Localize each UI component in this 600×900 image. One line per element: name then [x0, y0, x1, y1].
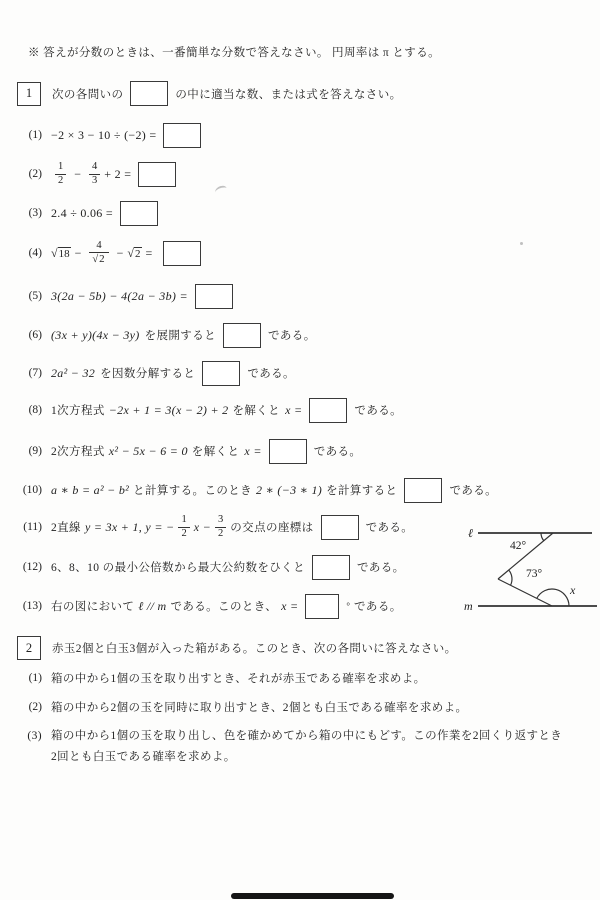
problem-1-8: (8) 1次方程式 −2x + 1 = 3(x − 2) + 2 を解くと x …	[16, 396, 402, 424]
problem-1-7: (7) 2a² − 32 を因数分解すると である。	[16, 359, 295, 387]
fraction: 43	[89, 161, 100, 186]
section-1-header: 1 次の各問いの の中に適当な数、または式を答えなさい。	[17, 81, 402, 106]
instruction-note: ※ 答えが分数のときは、一番簡単な分数で答えなさい。 円周率は π とする。	[28, 44, 440, 60]
problem-1-4: (4) √18 − 4√2 − √2 =	[16, 237, 208, 269]
sqrt-term: √18	[51, 246, 71, 261]
angle-arc-x	[537, 589, 569, 606]
problem-2-1: (1) 箱の中から1個の玉を取り出すとき、それが赤玉である確率を求めよ。	[16, 664, 426, 692]
problem-1-9: (9) 2次方程式 x² − 5x − 6 = 0 を解くと x = である。	[16, 437, 361, 465]
section-2-title: 赤玉2個と白玉3個が入った箱がある。このとき、次の各問いに答えなさい。	[52, 640, 457, 656]
degree-symbol: °	[346, 601, 350, 611]
answer-box[interactable]	[130, 81, 168, 106]
fraction: 12	[55, 161, 66, 186]
answer-box[interactable]	[269, 439, 307, 464]
fraction: 4√2	[89, 240, 108, 266]
problem-2-3: (3)箱の中から1個の玉を取り出し、色を確かめてから箱の中にもどす。この作業を2…	[16, 726, 562, 768]
answer-box[interactable]	[163, 123, 201, 148]
problem-1-6: (6) (3x + y)(4x − 3y) を展開すると である。	[16, 321, 316, 349]
angle-x-label: x	[569, 583, 576, 597]
answer-box[interactable]	[202, 361, 240, 386]
answer-box[interactable]	[163, 241, 201, 266]
fraction: 32	[215, 514, 226, 539]
angle-arc-42	[541, 533, 544, 541]
problem-1-3: (3) 2.4 ÷ 0.06 =	[16, 199, 165, 227]
fraction: 12	[178, 514, 189, 539]
line-m-label: m	[464, 599, 473, 613]
line-l-label: ℓ	[468, 526, 473, 540]
problem-1-10: (10) a ∗ b = a² − b² と計算する。このとき 2 ∗ (−3 …	[16, 476, 497, 504]
sqrt-term: √2	[127, 246, 141, 261]
section-1-title-pre: 次の各問いの	[52, 86, 123, 102]
answer-box[interactable]	[309, 398, 347, 423]
home-indicator-bar	[231, 893, 394, 899]
answer-box[interactable]	[312, 555, 350, 580]
transversal-lower	[498, 579, 552, 606]
problem-1-1: (1) −2 × 3 − 10 ÷ (−2) =	[16, 121, 208, 149]
section-2-header: 2 赤玉2個と白玉3個が入った箱がある。このとき、次の各問いに答えなさい。	[17, 636, 457, 660]
angle-arc-73	[509, 570, 512, 585]
section-2-number: 2	[17, 636, 41, 660]
angle-73-label: 73°	[526, 568, 543, 580]
problem-1-11: (11) 2直線 y = 3x + 1, y = − 12 x − 32 の交点…	[16, 512, 413, 542]
answer-box[interactable]	[138, 162, 176, 187]
answer-box[interactable]	[321, 515, 359, 540]
problem-1-2: (2) 12 − 43 + 2 =	[16, 159, 183, 189]
geometry-figure: ℓ m 42° 73° x	[452, 520, 600, 620]
answer-box[interactable]	[305, 594, 339, 619]
problem-1-5: (5) 3(2a − 5b) − 4(2a − 3b) =	[16, 282, 240, 310]
angle-42-label: 42°	[510, 540, 527, 552]
scan-speck	[520, 242, 523, 245]
answer-box[interactable]	[223, 323, 261, 348]
section-1-title-post: の中に適当な数、または式を答えなさい。	[175, 86, 401, 102]
worksheet-page: ※ 答えが分数のときは、一番簡単な分数で答えなさい。 円周率は π とする。 1…	[0, 0, 600, 900]
answer-box[interactable]	[120, 201, 158, 226]
problem-1-12: (12) 6、8、10 の最小公倍数から最大公約数をひくと である。	[16, 553, 405, 581]
problem-2-2: (2) 箱の中から2個の玉を同時に取り出すとき、2個とも白玉である確率を求めよ。	[16, 693, 467, 721]
answer-box[interactable]	[195, 284, 233, 309]
section-1-number: 1	[17, 82, 41, 106]
pencil-smudge	[214, 185, 228, 196]
problem-1-13: (13) 右の図において ℓ // m である。このとき、 x = ° である。	[16, 592, 402, 620]
answer-box[interactable]	[404, 478, 442, 503]
